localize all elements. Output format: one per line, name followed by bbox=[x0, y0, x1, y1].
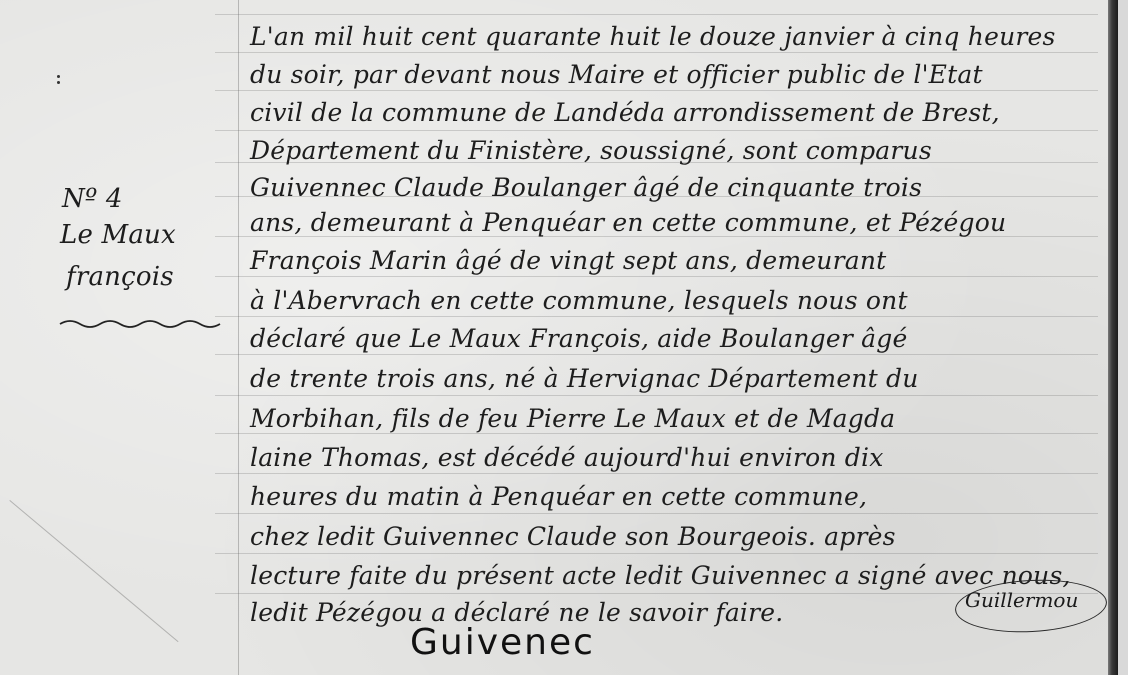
margin-flourish-icon bbox=[58, 316, 223, 330]
deceased-given-name: françois bbox=[66, 262, 174, 292]
record-line-3: civil de la commune de Landéda arrondiss… bbox=[250, 98, 1000, 127]
record-line-11: Morbihan, fils de feu Pierre Le Maux et … bbox=[250, 404, 895, 433]
ink-speck bbox=[57, 81, 60, 84]
record-line-4: Département du Finistère, soussigné, son… bbox=[250, 136, 932, 165]
ink-speck bbox=[57, 75, 60, 78]
witness-signature: Guivenec bbox=[410, 622, 595, 663]
deceased-surname: Le Maux bbox=[60, 220, 176, 250]
mayor-signature: Guillermou bbox=[965, 588, 1078, 612]
record-line-10: de trente trois ans, né à Hervignac Dépa… bbox=[250, 364, 919, 393]
record-line-7: François Marin âgé de vingt sept ans, de… bbox=[250, 246, 886, 275]
ruled-line bbox=[215, 433, 1098, 434]
record-line-6: ans, demeurant à Penquéar en cette commu… bbox=[250, 208, 1006, 237]
record-number: Nº 4 bbox=[62, 184, 123, 214]
record-line-5: Guivennec Claude Boulanger âgé de cinqua… bbox=[250, 173, 922, 202]
ruled-line bbox=[215, 513, 1098, 514]
ruled-line bbox=[215, 52, 1098, 53]
ruled-line bbox=[215, 90, 1098, 91]
ruled-line bbox=[215, 276, 1098, 277]
record-line-12: laine Thomas, est décédé aujourd'hui env… bbox=[250, 443, 884, 472]
margin-rule bbox=[238, 0, 239, 675]
record-line-1: L'an mil huit cent quarante huit le douz… bbox=[250, 22, 1056, 51]
page-edge bbox=[1108, 0, 1118, 675]
record-line-15: lecture faite du présent acte ledit Guiv… bbox=[250, 561, 1071, 590]
ruled-line bbox=[215, 354, 1098, 355]
record-line-9: déclaré que Le Maux François, aide Boula… bbox=[250, 324, 907, 353]
scanned-register-page: Nº 4 Le Maux françois L'an mil huit cent… bbox=[0, 0, 1118, 675]
record-line-2: du soir, par devant nous Maire et offici… bbox=[250, 60, 983, 89]
paper-fold-line bbox=[9, 500, 178, 642]
ruled-line bbox=[215, 395, 1098, 396]
record-line-8: à l'Abervrach en cette commune, lesquels… bbox=[250, 286, 908, 315]
ruled-line bbox=[215, 473, 1098, 474]
ruled-line bbox=[215, 316, 1098, 317]
record-line-14: chez ledit Guivennec Claude son Bourgeoi… bbox=[250, 522, 896, 551]
ruled-line bbox=[215, 14, 1098, 15]
ruled-line bbox=[215, 553, 1098, 554]
ruled-line bbox=[215, 130, 1098, 131]
record-line-13: heures du matin à Penquéar en cette comm… bbox=[250, 482, 867, 511]
